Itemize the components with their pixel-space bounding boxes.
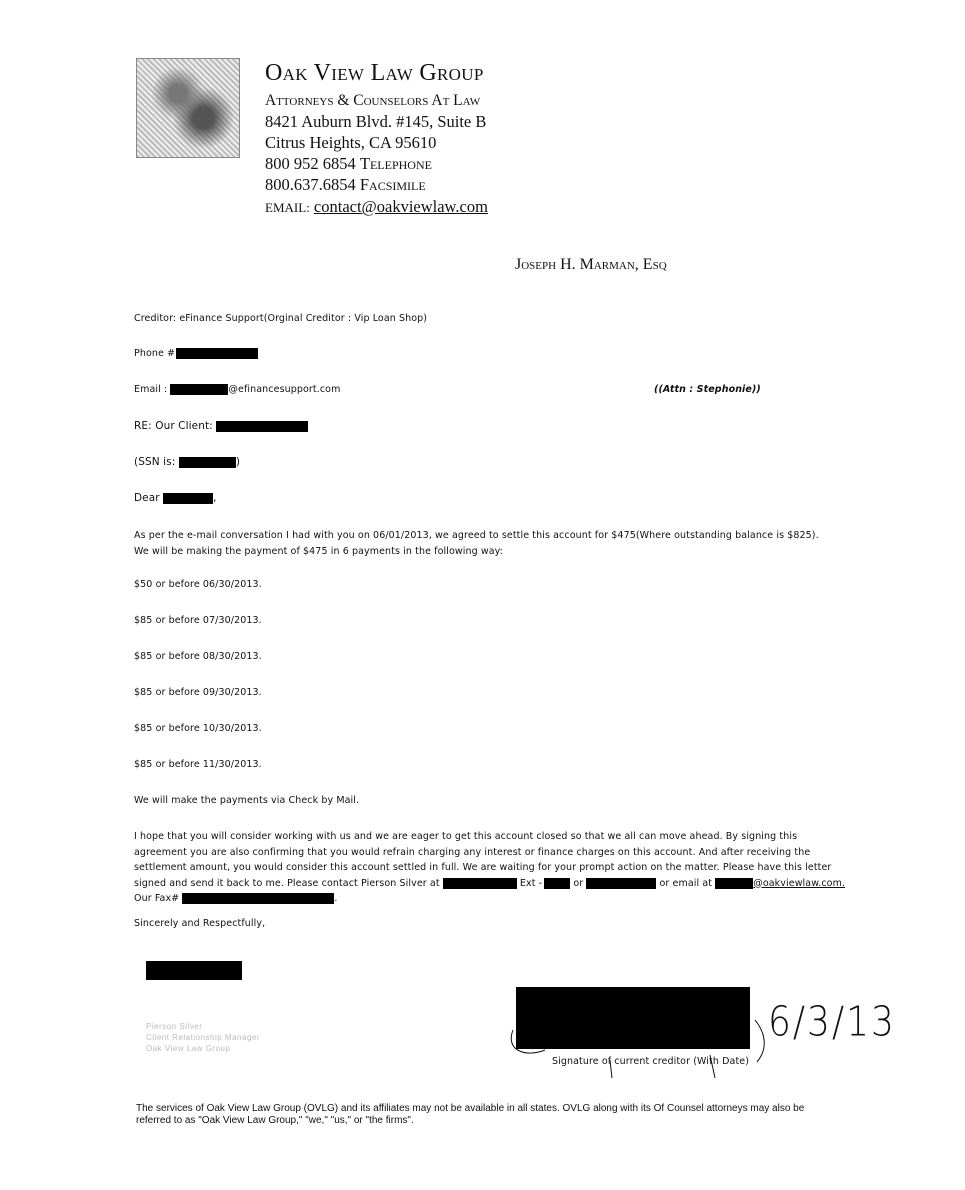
email-domain: @efinancesupport.com [228,384,340,395]
closing-line-3: settlement amount, you would consider th… [134,860,864,876]
ssn-label: (SSN is: [134,456,175,468]
phone-line: Phone # [134,348,258,359]
closing-line-2: agreement you are also confirming that y… [134,845,864,861]
payment-amount: $85 [134,615,152,626]
intro-paragraph: As per the e-mail conversation I had wit… [134,528,864,559]
email-text: or email at [660,878,713,889]
payment-row: $85 or before 08/30/2013. [134,651,262,662]
footer-line-2: referred to as "Oak View Law Group," "we… [136,1115,866,1127]
sender-name-faint: Pierson Silver [146,1022,202,1031]
payment-row: $85 or before 11/30/2013. [134,759,262,770]
signoff: Sincerely and Respectfully, [134,918,265,929]
address-line-1: 8421 Auburn Blvd. #145, Suite B [265,111,486,132]
sender-title-faint: Client Relationship Manager [146,1033,260,1042]
redacted-contact-phone [443,878,517,889]
footer-disclaimer: The services of Oak View Law Group (OVLG… [136,1103,866,1127]
payment-due-date: or before 08/30/2013. [156,651,262,662]
redacted-sender-signature [146,961,242,980]
signature-caption: Signature of current creditor (With Date… [552,1056,749,1067]
redacted-extension [544,878,570,889]
dear-suffix: , [213,492,216,504]
fax-suffix: . [334,893,337,904]
ext-label: Ext - [520,878,542,889]
payment-row: $50 or before 06/30/2013. [134,579,262,590]
contact-email-link[interactable]: @oakviewlaw.com. [753,878,845,889]
closing-paragraph: I hope that you will consider working wi… [134,829,864,907]
fax-label: Our Fax# [134,893,179,904]
creditor-line: Creditor: eFinance Support(Orginal Credi… [134,313,427,324]
contact-text: signed and send it back to me. Please co… [134,878,440,889]
telephone-label: Telephone [360,154,432,173]
fax-label: Facsimile [360,175,426,194]
oak-tree-logo-icon [136,58,240,158]
payment-amount: $85 [134,759,152,770]
payment-row: $85 or before 10/30/2013. [134,723,262,734]
redacted-phone [176,348,258,359]
payment-due-date: or before 09/30/2013. [156,687,262,698]
redacted-email-user [170,384,228,395]
fax-line: 800.637.6854 Facsimile [265,174,426,195]
payment-amount: $85 [134,723,152,734]
telephone-line: 800 952 6854 Telephone [265,153,432,174]
intro-line-2: We will be making the payment of $475 in… [134,544,864,560]
redacted-client-name [216,421,308,432]
sender-firm-faint: Oak View Law Group [146,1044,230,1053]
or-text: or [573,878,583,889]
salutation: Dear , [134,492,217,504]
footer-line-1: The services of Oak View Law Group (OVLG… [136,1103,866,1115]
firm-name: Oak View Law Group [265,60,484,87]
redacted-alt-phone [586,878,656,889]
payment-due-date: or before 07/30/2013. [156,615,262,626]
payment-amount: $85 [134,651,152,662]
firm-email-link[interactable]: contact@oakviewlaw.com [314,197,488,216]
payment-due-date: or before 10/30/2013. [156,723,262,734]
attn-line: ((Attn : Stephonie)) [654,384,761,395]
payment-row: $85 or before 09/30/2013. [134,687,262,698]
re-client-line: RE: Our Client: [134,420,308,432]
intro-line-1: As per the e-mail conversation I had wit… [134,528,864,544]
dear-label: Dear [134,492,160,504]
email-line: EMAIL: contact@oakviewlaw.com [265,196,488,218]
email-line: Email : @efinancesupport.com [134,384,340,395]
redacted-contact-email [715,878,753,889]
payment-amount: $50 [134,579,152,590]
redacted-ssn [179,457,236,468]
payment-amount: $85 [134,687,152,698]
payment-row: $85 or before 07/30/2013. [134,615,262,626]
firm-subtitle: Attorneys & Counselors At Law [265,90,480,111]
email-label: EMAIL: [265,200,310,215]
attorney-name: Joseph H. Marman, Esq [515,256,667,274]
payment-method: We will make the payments via Check by M… [134,795,359,806]
redacted-fax [182,893,334,904]
closing-line-1: I hope that you will consider working wi… [134,829,864,845]
handwritten-date: 6/3/13 [768,999,896,1046]
address-line-2: Citrus Heights, CA 95610 [265,132,436,153]
fax-line: Our Fax# . [134,891,864,907]
ssn-suffix: ) [236,456,240,468]
re-client-label: RE: Our Client: [134,420,213,432]
phone-label: Phone # [134,348,175,359]
ssn-line: (SSN is: ) [134,456,240,468]
fax-number: 800.637.6854 [265,175,356,194]
redacted-recipient-name [163,493,213,504]
email-label: Email : [134,384,167,395]
telephone-number: 800 952 6854 [265,154,356,173]
closing-line-4: signed and send it back to me. Please co… [134,876,864,892]
payment-due-date: or before 11/30/2013. [156,759,262,770]
payment-due-date: or before 06/30/2013. [156,579,262,590]
redacted-creditor-signature [516,987,750,1049]
